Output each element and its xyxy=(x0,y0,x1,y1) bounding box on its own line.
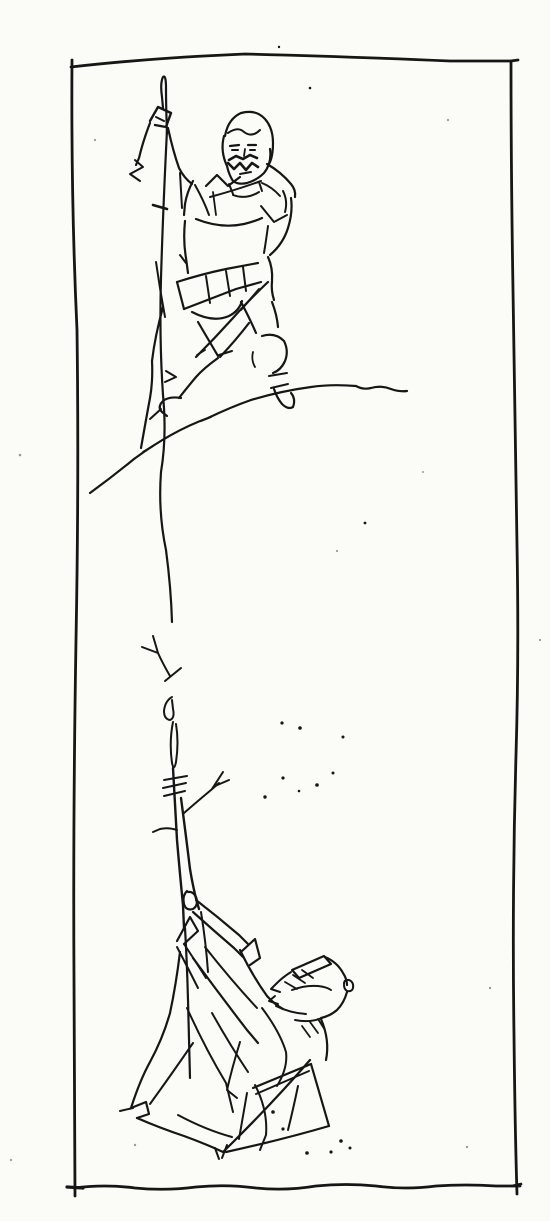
ink-speck xyxy=(466,1146,468,1148)
ink-speck xyxy=(10,1159,12,1161)
ink-speck xyxy=(339,1139,343,1143)
ink-speck xyxy=(329,1150,332,1153)
sketch-sheet xyxy=(0,0,550,1221)
ink-speck xyxy=(298,726,302,730)
ink-speck xyxy=(305,1151,309,1155)
ink-speck xyxy=(539,639,541,641)
ink-speck xyxy=(280,721,283,724)
ink-speck xyxy=(336,550,338,552)
ink-speck xyxy=(342,736,345,739)
ink-speck xyxy=(489,987,491,989)
ink-speck xyxy=(19,454,22,457)
nose-line xyxy=(244,149,245,156)
ink-speck xyxy=(447,119,449,121)
ink-speck xyxy=(422,471,424,473)
ink-speck xyxy=(94,139,96,141)
ink-speck xyxy=(281,1127,284,1130)
border-corner-bottom-left-tick xyxy=(67,1187,83,1188)
ink-speck xyxy=(332,772,335,775)
ink-speck xyxy=(281,776,284,779)
ink-speck xyxy=(271,1110,275,1114)
sketch-canvas xyxy=(0,0,550,1221)
ink-speck xyxy=(315,783,319,787)
ink-speck xyxy=(309,87,312,90)
ink-speck xyxy=(298,790,301,793)
ink-speck xyxy=(134,1144,136,1146)
brow-left xyxy=(230,145,239,146)
ink-speck xyxy=(263,795,266,798)
ink-speck xyxy=(364,522,367,525)
ink-speck xyxy=(278,46,280,48)
paper-background xyxy=(0,0,550,1221)
ink-speck xyxy=(349,1147,352,1150)
